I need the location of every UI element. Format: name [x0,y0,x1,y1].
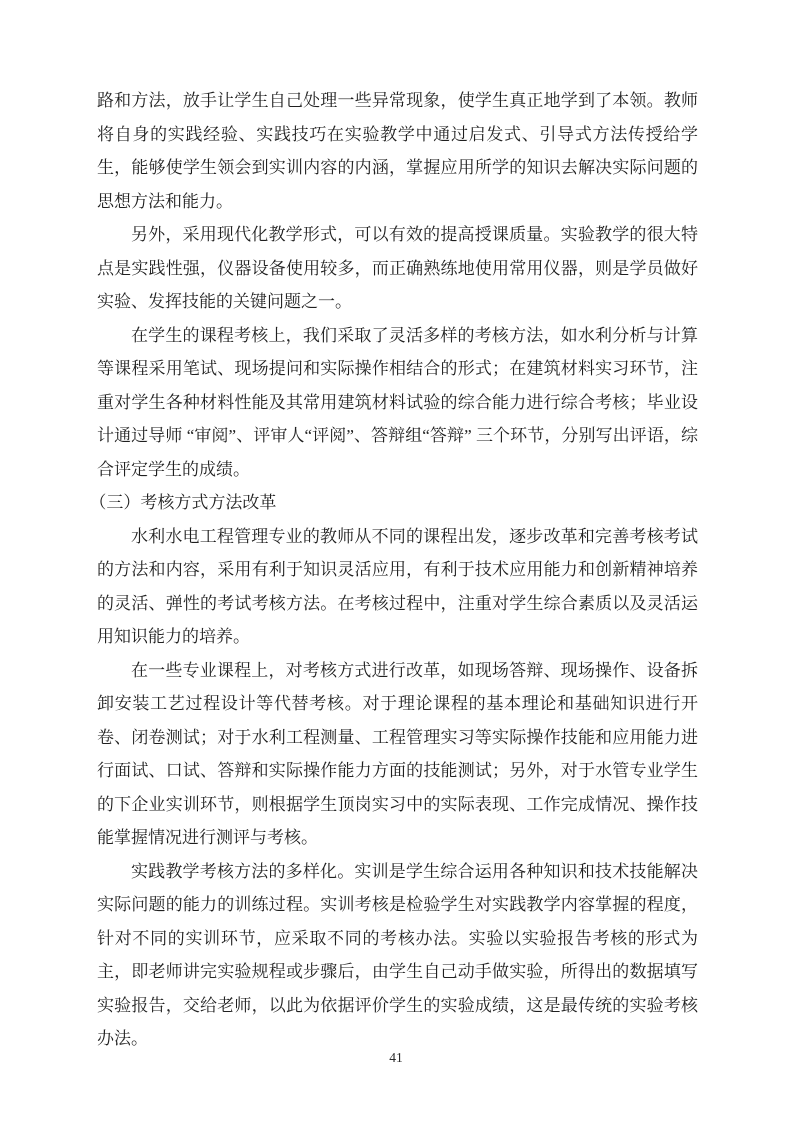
page-number: 41 [0,1048,792,1068]
paragraph: 水利水电工程管理专业的教师从不同的课程出发，逐步改革和完善考核考试的方法和内容，… [97,520,698,654]
section-heading: （三）考核方式方法改革 [89,486,698,520]
paragraph: 在一些专业课程上，对考核方式进行改革，如现场答辩、现场操作、设备拆卸安装工艺过程… [97,654,698,855]
paragraph-continuation: 路和方法，放手让学生自己处理一些异常现象，使学生真正地学到了本领。教师将自身的实… [97,84,698,218]
paragraph: 另外，采用现代化教学形式，可以有效的提高授课质量。实验教学的很大特点是实践性强，… [97,218,698,319]
document-page: 路和方法，放手让学生自己处理一些异常现象，使学生真正地学到了本领。教师将自身的实… [0,0,792,1122]
paragraph: 实践教学考核方法的多样化。实训是学生综合运用各种知识和技术技能解决实际问题的能力… [97,855,698,1056]
document-body: 路和方法，放手让学生自己处理一些异常现象，使学生真正地学到了本领。教师将自身的实… [97,84,698,1056]
paragraph: 在学生的课程考核上，我们采取了灵活多样的考核方法，如水利分析与计算等课程采用笔试… [97,319,698,487]
